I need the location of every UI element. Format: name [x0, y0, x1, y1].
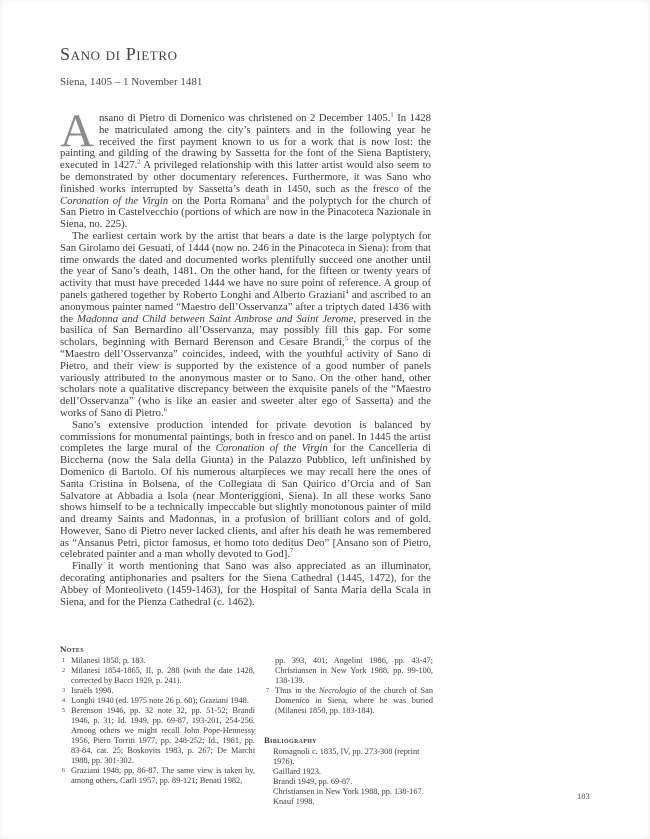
footnote-number: 6 — [62, 766, 65, 776]
paragraph-1-text: nsano di Pietro di Domenico was christen… — [60, 112, 431, 230]
footnote-1: 1Milanesi 1850, p. 183. — [60, 656, 255, 666]
footnote-6-continuation: pp. 393, 401; Angelini 1986, pp. 43-47; … — [264, 656, 433, 686]
footnote-7: 7Thus in the Necrologio of the church of… — [264, 686, 433, 716]
footnote-text: Berenson 1946, pp. 32 note 32, pp. 51-52… — [71, 706, 255, 765]
footnote-text: Graziani 1948, pp. 86-87. The same view … — [71, 766, 255, 785]
footnote-number: 4 — [62, 696, 65, 706]
footnote-4: 4Longhi 1940 (ed. 1975 note 26 p. 60); G… — [60, 696, 255, 706]
notes-column-left: 1Milanesi 1850, p. 183. 2Milanesi 1854-1… — [60, 656, 255, 807]
paragraph-1: Ansano di Pietro di Domenico was christe… — [60, 113, 431, 231]
bibliography-entry: Christiansen in New York 1988, pp. 138-1… — [264, 787, 433, 797]
footnote-2: 2Milanesi 1854-1865, II, p. 288 (with th… — [60, 666, 255, 686]
footnote-number: 1 — [62, 656, 65, 666]
footnote-text: Milanesi 1854-1865, II, p. 288 (with the… — [71, 666, 255, 685]
paragraph-4: Finally it worth mentioning that Sano wa… — [60, 561, 431, 608]
footnote-number: 2 — [62, 666, 65, 676]
notes-column-right: pp. 393, 401; Angelini 1986, pp. 43-47; … — [264, 656, 433, 807]
footnote-number: 3 — [62, 686, 65, 696]
bibliography-section: Bibliography Romagnoli c. 1835, IV, pp. … — [264, 735, 433, 807]
footnote-text: Longhi 1940 (ed. 1975 note 26 p. 60); Gr… — [71, 696, 249, 705]
footnote-text: Israëls 1998. — [71, 686, 113, 695]
page-subtitle: Siena, 1405 – 1 November 1481 — [60, 76, 650, 88]
book-page: Sano di Pietro Siena, 1405 – 1 November … — [0, 0, 650, 839]
dropcap-letter: A — [60, 113, 99, 148]
footnote-text: Thus in the Necrologio of the church of … — [275, 686, 433, 715]
bibliography-entry: Romagnoli c. 1835, IV, pp. 273-308 (repr… — [264, 747, 433, 767]
bibliography-heading: Bibliography — [264, 735, 433, 745]
notes-heading: Notes — [60, 644, 433, 654]
bibliography-entry: Gaillard 1923. — [264, 767, 433, 777]
footnote-number: 7 — [266, 686, 269, 696]
notes-section: Notes 1Milanesi 1850, p. 183. 2Milanesi … — [60, 644, 433, 807]
footnote-text: Milanesi 1850, p. 183. — [71, 656, 146, 665]
footnote-6: 6Graziani 1948, pp. 86-87. The same view… — [60, 766, 255, 786]
bibliography-entry: Brandi 1949, pp. 69-87. — [264, 777, 433, 787]
footnote-5: 5Berenson 1946, pp. 32 note 32, pp. 51-5… — [60, 706, 255, 766]
footnote-number: 5 — [62, 706, 65, 716]
article-body: Ansano di Pietro di Domenico was christe… — [60, 113, 431, 608]
page-title: Sano di Pietro — [60, 44, 650, 65]
paragraph-3: Sano’s extensive production intended for… — [60, 420, 431, 562]
paragraph-2: The earliest certain work by the artist … — [60, 231, 431, 420]
bibliography-entry: Knauf 1998. — [264, 797, 433, 807]
footnote-3: 3Israëls 1998. — [60, 686, 255, 696]
page-number: 183 — [577, 791, 590, 801]
